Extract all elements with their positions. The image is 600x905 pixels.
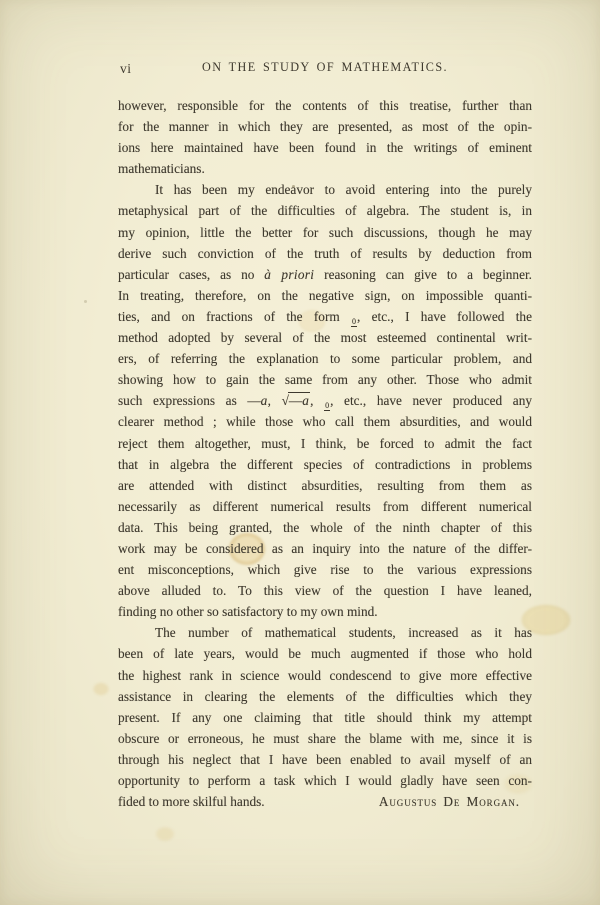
text-line: fided to more skilful hands.Augustus De … <box>118 791 532 812</box>
text-line: reject them altogether, must, I think, b… <box>118 433 532 454</box>
text-line: such expressions as —a, √—a, 00, etc., h… <box>118 390 532 411</box>
scanned-book-page: { "colors": { "paper": "#f2edd3", "ink":… <box>0 0 600 905</box>
text-line: showing how to gain the same from any ot… <box>118 369 532 390</box>
paragraph: however, responsible for the contents of… <box>118 95 532 179</box>
text-line: assistance in clearing the elements of t… <box>118 686 532 707</box>
text-line: In treating, therefore, on the negative … <box>118 285 532 306</box>
text-line: my opinion, little the better for such d… <box>118 222 532 243</box>
text-line: derive such conviction of the truth of r… <box>118 243 532 264</box>
text-line: The number of mathematical students, inc… <box>118 622 532 643</box>
text-block: however, responsible for the contents of… <box>118 95 532 812</box>
text-line: data. This being granted, the whole of t… <box>118 517 532 538</box>
text-line: ent misconceptions, which give rise to t… <box>118 559 532 580</box>
text-line: clearer method ; while those who call th… <box>118 411 532 432</box>
text-line: ers, of referring the explanation to som… <box>118 348 532 369</box>
text-line: opportunity to perform a task which I wo… <box>118 770 532 791</box>
text-line: metaphysical part of the difficulties of… <box>118 200 532 221</box>
text-line: the highest rank in science would condes… <box>118 665 532 686</box>
text-line: however, responsible for the contents of… <box>118 95 532 116</box>
text-line: ties, and on fractions of the form 00, e… <box>118 306 532 327</box>
author-signature: Augustus De Morgan. <box>379 791 520 812</box>
page-header: vi ON THE STUDY OF MATHEMATICS. <box>118 60 532 78</box>
text-line: mathematicians. <box>118 158 532 179</box>
running-title: ON THE STUDY OF MATHEMATICS. <box>118 60 532 75</box>
text-line: above alluded to. To this view of the qu… <box>118 580 532 601</box>
fraction-zero-over-zero: 00 <box>351 319 357 327</box>
last-line-text: fided to more skilful hands. <box>118 791 265 812</box>
text-line: It has been my endeavor to avoid enterin… <box>118 179 532 200</box>
text-line: present. If any one claiming that title … <box>118 707 532 728</box>
fraction-zero-over-zero: 00 <box>324 403 330 411</box>
text-line: obscure or erroneous, he must share the … <box>118 728 532 749</box>
text-line: for the manner in which they are present… <box>118 116 532 137</box>
paragraph: It has been my endeavor to avoid enterin… <box>118 179 532 622</box>
text-line: finding no other so satisfactory to my o… <box>118 601 532 622</box>
text-line: work may be considered as an inquiry int… <box>118 538 532 559</box>
text-line: necessarily as different numerical resul… <box>118 496 532 517</box>
text-line: method adopted by several of the most es… <box>118 327 532 348</box>
page-number: vi <box>120 61 132 77</box>
text-line: that in algebra the different species of… <box>118 454 532 475</box>
text-line: ions here maintained have been found in … <box>118 137 532 158</box>
text-line: particular cases, as no à priori reasoni… <box>118 264 532 285</box>
sqrt-expression: √—a <box>282 393 311 408</box>
text-line: through his neglect that I have been ena… <box>118 749 532 770</box>
text-line: are attended with distinct absurdities, … <box>118 475 532 496</box>
text-line: been of late years, would be much augmen… <box>118 643 532 664</box>
paragraph: The number of mathematical students, inc… <box>118 622 532 812</box>
